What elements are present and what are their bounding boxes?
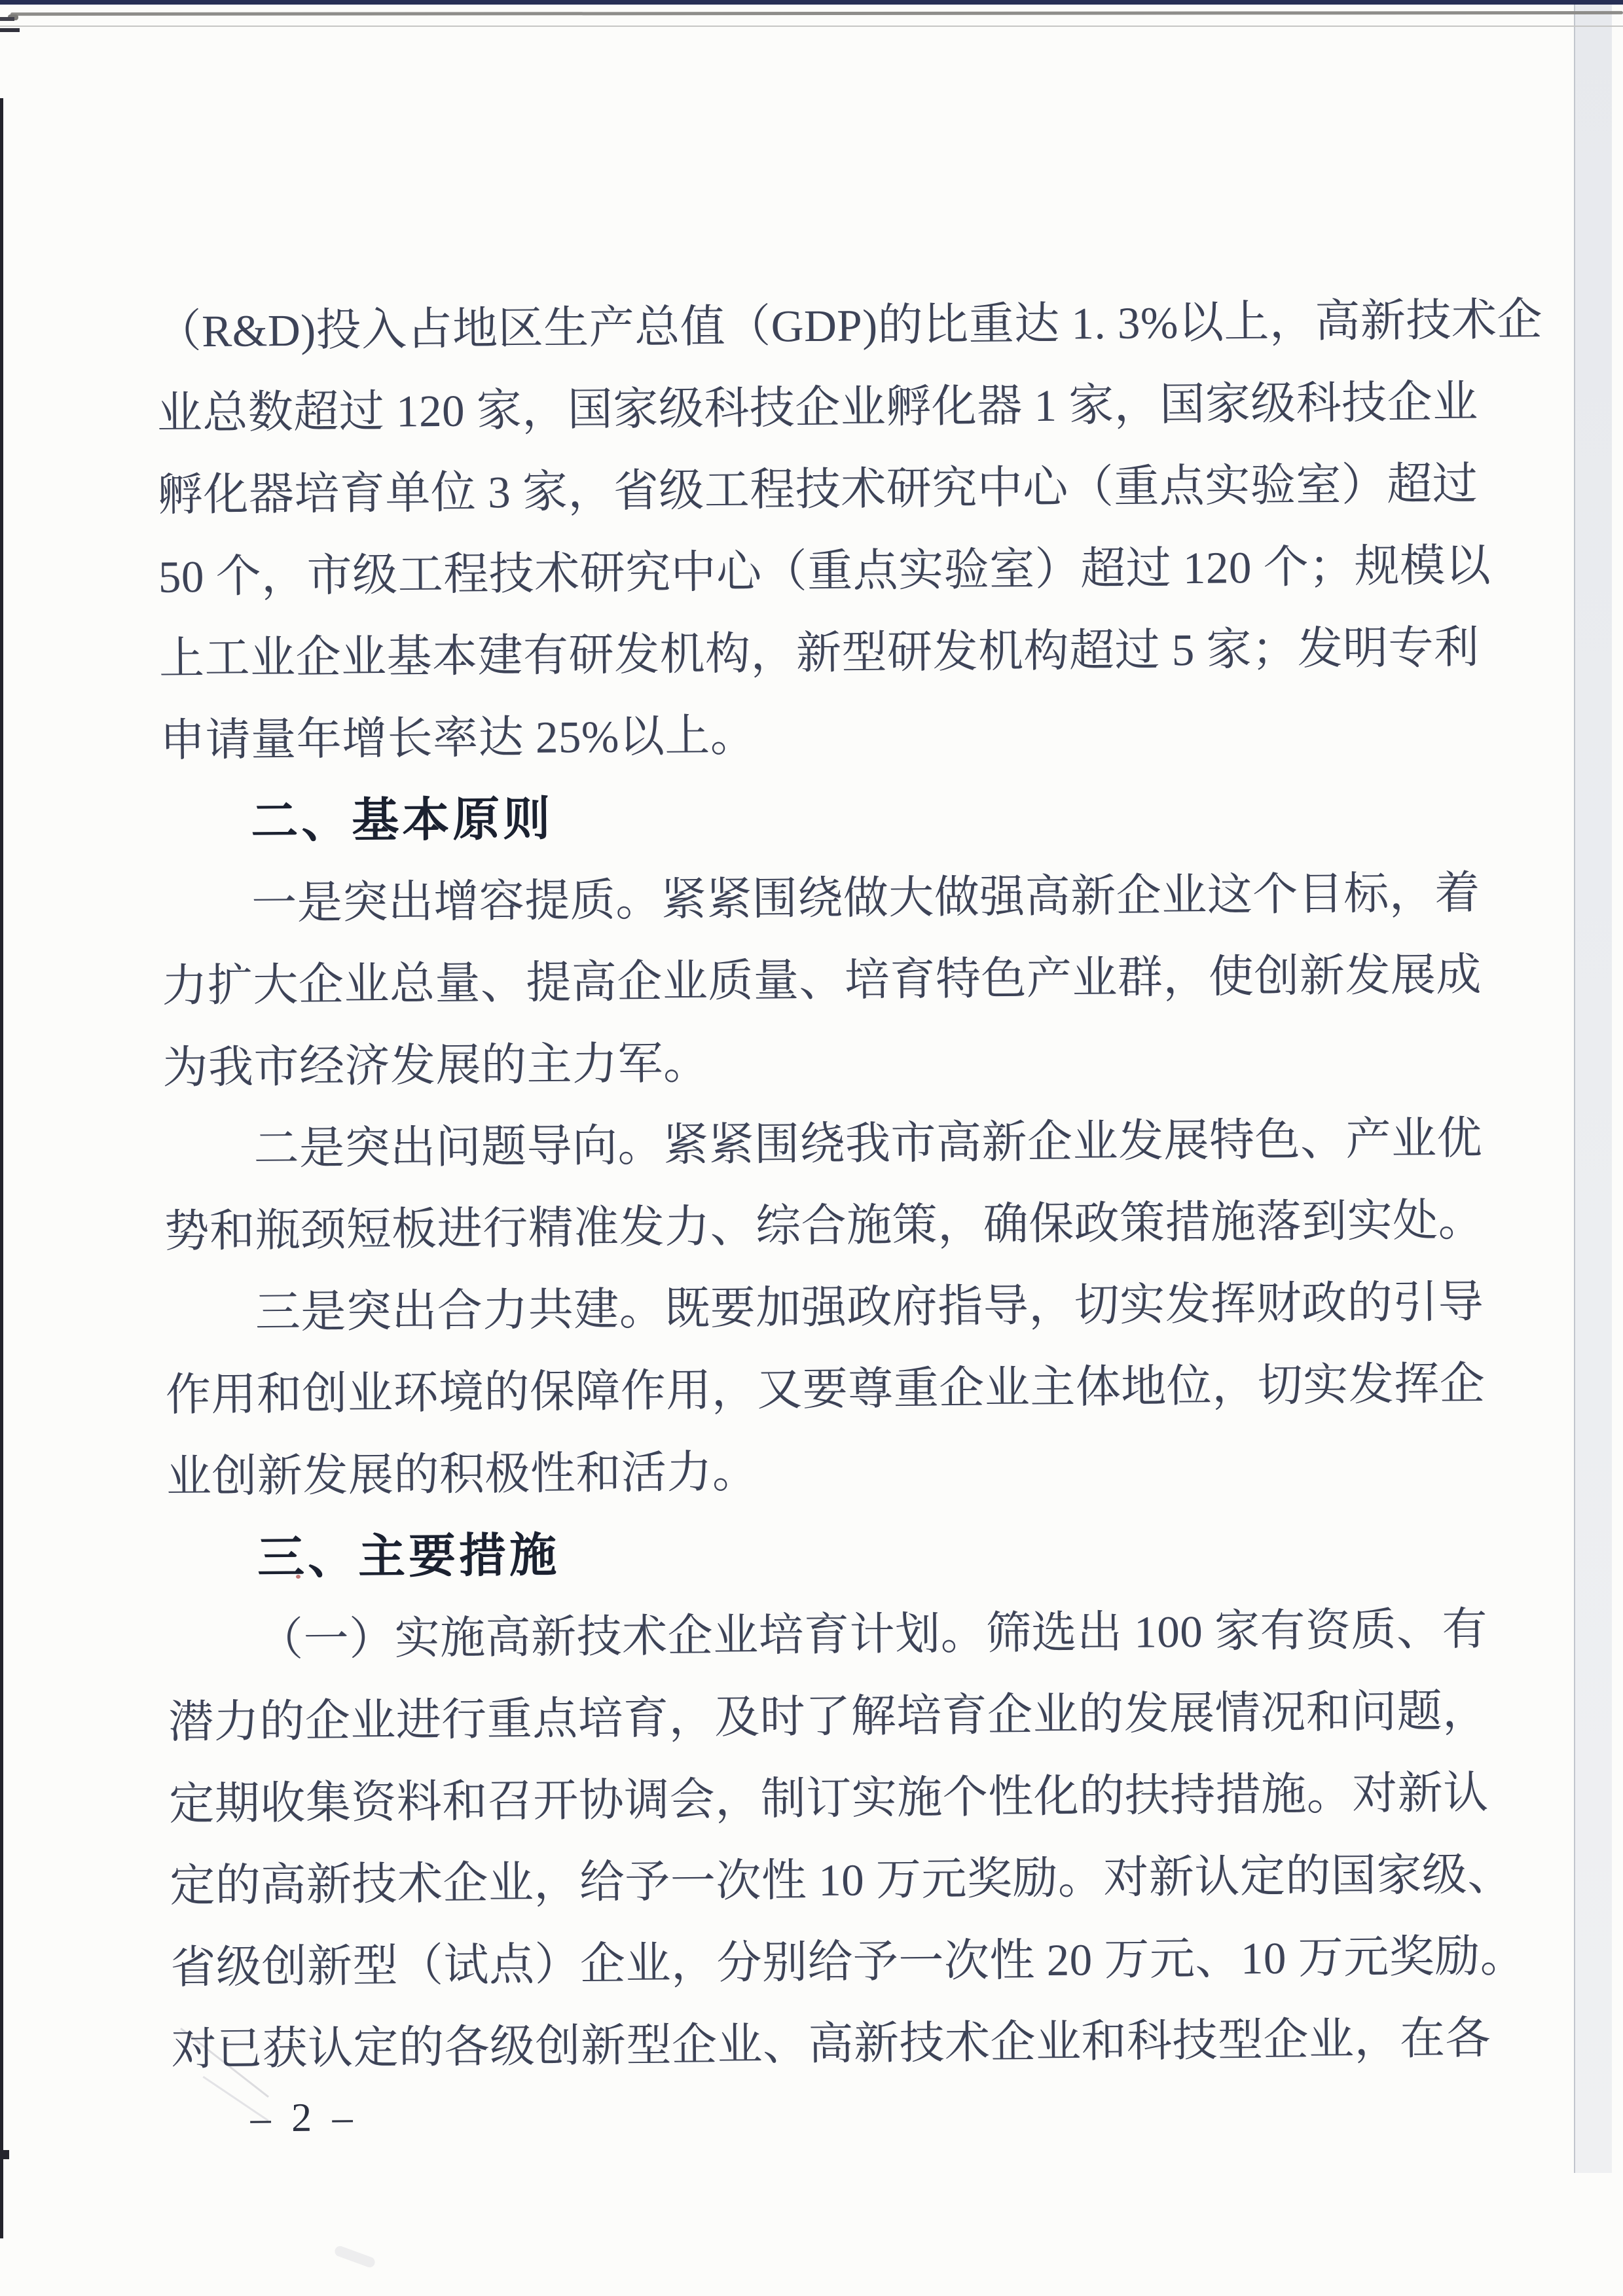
text-line: 一是突出增容提质。紧紧围绕做大做强高新企业这个目标，着	[161, 852, 1468, 945]
text-line: 申请量年增长率达 25%以上。	[160, 689, 1467, 781]
text-line: 为我市经济发展的主力军。	[162, 1016, 1469, 1109]
scanned-document-page: （R&D)投入占地区生产总值（GDP)的比重达 1. 3%以上，高新技术企业总数…	[0, 0, 1623, 2296]
scan-artifact-top-band	[0, 0, 1623, 5]
scan-artifact-left-dash	[0, 28, 20, 32]
text-line: （R&D)投入占地区生产总值（GDP)的比重达 1. 3%以上，高新技术企	[156, 279, 1463, 372]
page-number: – 2 –	[250, 2085, 1478, 2141]
text-line: 上工业企业基本建有研发机构，新型研发机构超过 5 家；发明专利	[159, 607, 1466, 700]
scan-artifact-right-paper-edge	[1574, 4, 1612, 2173]
scan-artifact-left-dash	[0, 17, 14, 21]
text-line: （一）实施高新技术企业培育计划。筛选出 100 家有资质、有	[168, 1588, 1474, 1681]
text-line: 对已获认定的各级创新型企业、高新技术企业和科技型企业，在各	[171, 1998, 1478, 2090]
text-line: 定的高新技术企业，给予一次性 10 万元奖励。对新认定的国家级、	[170, 1834, 1476, 1927]
document-body: （R&D)投入占地区生产总值（GDP)的比重达 1. 3%以上，高新技术企业总数…	[156, 279, 1478, 2142]
text-line: 业创新发展的积极性和活力。	[166, 1425, 1472, 1518]
scan-artifact-top-line	[10, 11, 1623, 16]
text-line: 作用和创业环境的保障作用，又要尊重企业主体地位，切实发挥企	[165, 1343, 1472, 1436]
text-line: 力扩大企业总量、提高企业质量、培育特色产业群，使创新发展成	[162, 934, 1468, 1027]
text-line: 50 个，市级工程技术研究中心（重点实验室）超过 120 个；规模以	[158, 525, 1465, 618]
text-line: 二是突出问题导向。紧紧围绕我市高新企业发展特色、产业优	[163, 1098, 1470, 1191]
text-line: 定期收集资料和召开协调会，制订实施个性化的扶持措施。对新认	[169, 1752, 1476, 1845]
text-line: 三是突出合力共建。既要加强政府指导，切实发挥财政的引导	[164, 1261, 1471, 1354]
scan-artifact-left-notch	[0, 2150, 9, 2159]
text-line: 势和瓶颈短板进行精准发力、综合施策，确保政策措施落到实处。	[164, 1179, 1470, 1272]
section-heading: 三、主要措施	[167, 1507, 1474, 1600]
text-line: 潜力的企业进行重点培育，及时了解培育企业的发展情况和问题，	[168, 1670, 1475, 1763]
text-lines-container: （R&D)投入占地区生产总值（GDP)的比重达 1. 3%以上，高新技术企业总数…	[156, 279, 1478, 2090]
scan-artifact-smudge	[333, 2245, 376, 2269]
scan-artifact-left-edge-strip	[0, 98, 3, 2238]
text-line: 省级创新型（试点）企业，分别给予一次性 20 万元、10 万元奖励。	[170, 1916, 1477, 2009]
scan-artifact-top-hairline	[0, 26, 1623, 27]
text-line: 孵化器培育单位 3 家，省级工程技术研究中心（重点实验室）超过	[157, 443, 1464, 536]
text-line: 业总数超过 120 家，国家级科技企业孵化器 1 家，国家级科技企业	[156, 361, 1463, 454]
section-heading: 二、基本原则	[160, 770, 1467, 863]
